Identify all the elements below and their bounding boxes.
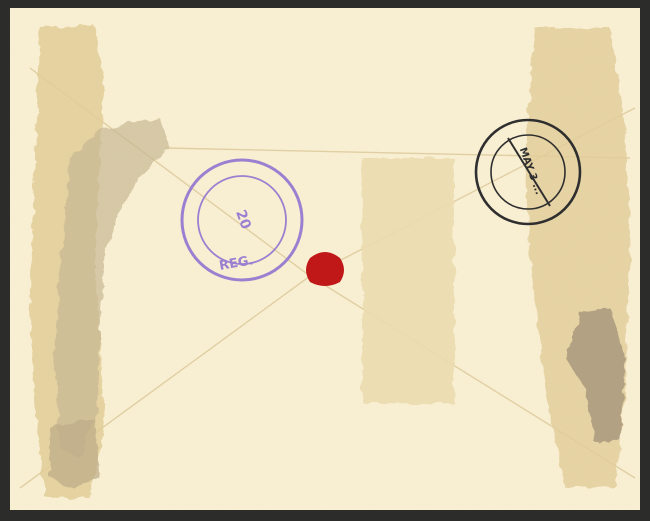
envelope-back: 20 REG. MAY 3 ... — [10, 8, 640, 510]
wax-seal — [306, 252, 344, 286]
envelope-illustration: 20 REG. MAY 3 ... — [10, 8, 640, 510]
hinge-remnant — [362, 158, 454, 403]
